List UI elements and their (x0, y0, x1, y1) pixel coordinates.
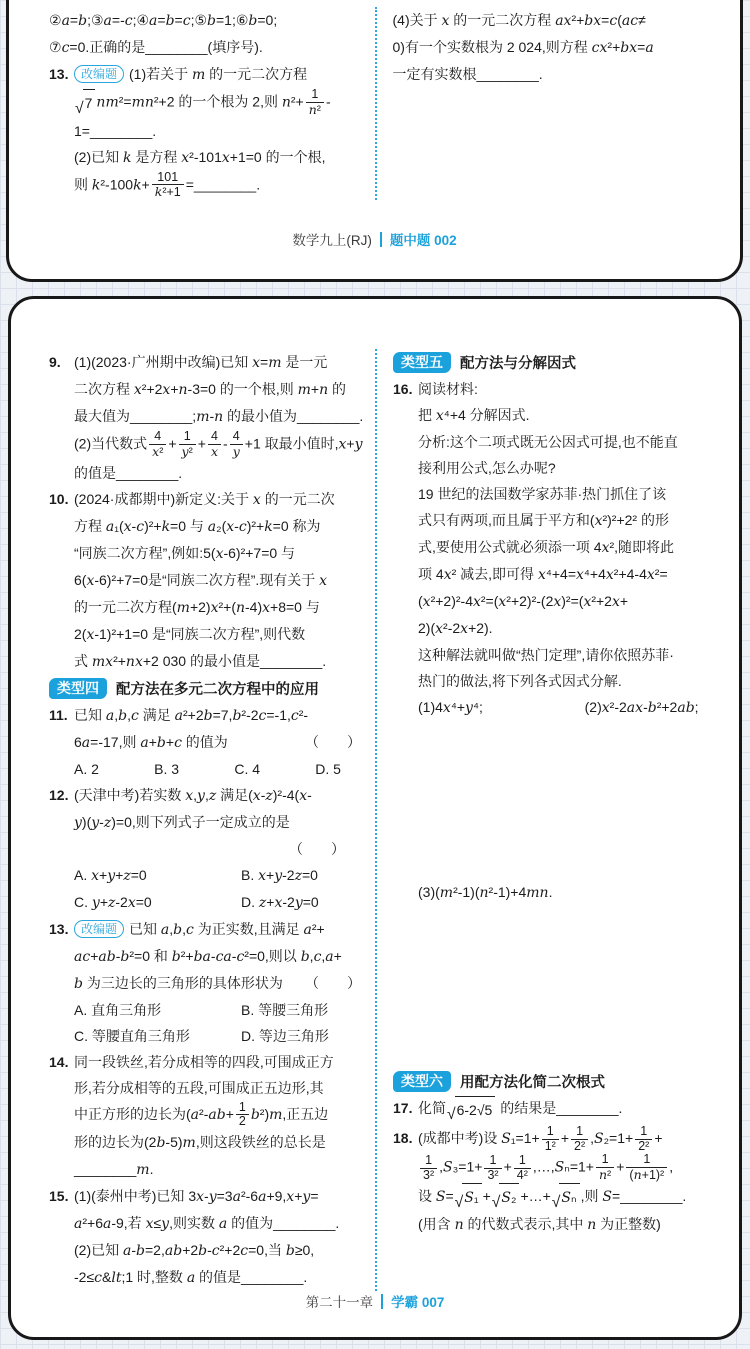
text-line: a²+6a-9,若 x≤y,则实数 a 的值为________. (74, 1210, 367, 1237)
option-label: B. (241, 1002, 254, 1018)
question-number: 15. (49, 1183, 68, 1209)
option-a: A. 直角三角形 (74, 997, 241, 1023)
text-line: (2)已知 k 是方程 x²-101x+1=0 的一个根, (74, 144, 367, 171)
text-line: 阅读材料: (418, 376, 721, 402)
question-text: b 为三边长的三角形的具体形状为 (74, 970, 283, 997)
question-12: 12. (天津中考)若实数 x,y,z 满足(x-z)²-4(x- y)(y-z… (49, 782, 367, 916)
text-line: 项 4x² 减去,即可得 x⁴+4=x⁴+4x²+4-4x²= (418, 561, 721, 588)
revision-badge: 改编题 (74, 920, 124, 938)
type-badge: 类型五 (393, 352, 451, 373)
text-line: (2)当代数式4x²+1y²+4x-4y+1 取最小值时,x+y (74, 430, 367, 460)
answer-bracket-line: （ ） (74, 836, 367, 862)
text-line: (1)(2023·广州期中改编)已知 x=m 是一元 (74, 349, 367, 376)
text-line: ac+ab-b²=0 和 b²+ba-ca-c²=0,则以 b,c,a+ (74, 943, 367, 970)
text-line: 的值是________. (74, 460, 367, 486)
text-line: 0)有一个实数根为 2 024,则方程 cx²+bx=a (393, 34, 721, 61)
text-line: (4)关于 x 的一元二次方程 ax²+bx=c(ac≠ (393, 7, 721, 34)
question-number: 17. (393, 1095, 412, 1121)
page-card-top: ②a=b;③a=-c;④a=b=c;⑤b=1;⑥b=0; ⑦c=0.正确的是__… (6, 0, 743, 282)
text-line: 中正方形的边长为(a²-ab+12b²)m,正五边 (74, 1101, 367, 1130)
text-line: 13²,S₃=1+13²+14²,…,Sₙ=1+1n²+1(n+1)², (418, 1153, 721, 1183)
subquestion-3: (3)(m²-1)(n²-1)+4mn. (418, 879, 721, 906)
option-text: 等边三角形 (259, 1028, 329, 1044)
text-line: -2≤c&lt;1 时,整数 a 的值是________. (74, 1264, 367, 1291)
options-grid: A. x+y+z=0 B. x+y-2z=0 C. y+z-2x=0 D. z+… (74, 862, 367, 916)
question-13-top: 13. 改编题(1)若关于 m 的一元二次方程 √7nm²=mn²+2 的一个根… (49, 61, 367, 200)
type-badge: 类型六 (393, 1071, 451, 1092)
text-line: 6a=-17,则 a+b+c 的值为 （ ） (74, 729, 367, 756)
question-13: 13. 改编题已知 a,b,c 为正实数,且满足 a²+ ac+ab-b²=0 … (49, 916, 367, 1049)
option-text: y+z-2x=0 (92, 894, 152, 910)
question-9: 9. (1)(2023·广州期中改编)已知 x=m 是一元 二次方程 x²+2x… (49, 349, 367, 486)
option-text: x+y+z=0 (91, 867, 147, 883)
option-b: B. 等腰三角形 (241, 997, 367, 1023)
text-line: 6(x-6)²+7=0是“同族二次方程”.现有关于 x (74, 567, 367, 594)
option-label: C. (234, 761, 248, 777)
section-title: 用配方法化简二次根式 (460, 1071, 605, 1092)
text-line: 分析:这个二项式既无公因式可提,也不能直 (418, 429, 721, 455)
work-space (418, 721, 721, 879)
main-right-column: 类型五 配方法与分解因式 16. 阅读材料: 把 x⁴+4 分解因式. 分析:这… (375, 349, 731, 1291)
option-label: A. (74, 1002, 87, 1018)
text-line: b 为三边长的三角形的具体形状为 （ ） (74, 970, 367, 997)
answer-bracket: （ ） (305, 729, 361, 756)
subquestion-2: (2)x²-2ax-b²+2ab; (585, 694, 721, 721)
text-line: (2024·成都期中)新定义:关于 x 的一元二次 (74, 486, 367, 513)
option-text: x+y-2z=0 (258, 867, 318, 883)
text-line: 把 x⁴+4 分解因式. (418, 402, 721, 429)
question-text: 已知 a,b,c 为正实数,且满足 a²+ (129, 921, 325, 937)
text-line: 已知 a,b,c 满足 a²+2b=7,b²-2c=-1,c²- (74, 702, 367, 729)
text-line: 2)(x²-2x+2). (418, 615, 721, 642)
option-text: 5 (333, 761, 341, 777)
top-page-footer: 数学九上(RJ) 题中题 002 (9, 229, 740, 249)
text-line: (天津中考)若实数 x,y,z 满足(x-z)²-4(x- (74, 782, 367, 809)
text-line: (成都中考)设 S₁=1+11²+12²,S₂=1+12²+ (418, 1125, 721, 1154)
text-line: 式 mx²+nx+2 030 的最小值是________. (74, 648, 367, 675)
text-line: 一定有实数根________. (393, 61, 721, 87)
question-number: 16. (393, 376, 412, 402)
work-space (418, 906, 721, 1068)
text-line: 设 S=√S₁+√S₂+…+√Sₙ,则 S=________. (418, 1183, 721, 1211)
question-number: 14. (49, 1049, 68, 1075)
text-line: 形,若分成相等的五段,可围成正五边形,其 (74, 1075, 367, 1101)
answer-bracket: （ ） (305, 970, 361, 997)
text-line: (用含 n 的代数式表示,其中 n 为正整数) (418, 1211, 721, 1238)
option-label: A. (74, 867, 87, 883)
option-a: A. 2 (74, 756, 99, 782)
option-label: C. (74, 894, 88, 910)
top-left-column: ②a=b;③a=-c;④a=b=c;⑤b=1;⑥b=0; ⑦c=0.正确的是__… (19, 7, 375, 200)
option-text: 等腰三角形 (258, 1002, 328, 1018)
options-grid: A. 直角三角形 B. 等腰三角形 C. 等腰直角三角形 D. 等边三角形 (74, 997, 367, 1049)
option-label: D. (241, 894, 255, 910)
subquestion-row: (1)4x⁴+y⁴; (2)x²-2ax-b²+2ab; (418, 694, 721, 721)
option-text: 等腰直角三角形 (92, 1028, 190, 1044)
option-label: D. (241, 1028, 255, 1044)
question-number: 10. (49, 486, 68, 512)
footer-chapter-label: 第二十一章 (306, 1291, 374, 1311)
question-11: 11. 已知 a,b,c 满足 a²+2b=7,b²-2c=-1,c²- 6a=… (49, 702, 367, 782)
option-a: A. x+y+z=0 (74, 862, 241, 889)
footer-page-label: 题中题 002 (390, 229, 457, 249)
question-number: 12. (49, 782, 68, 808)
main-left-column: 9. (1)(2023·广州期中改编)已知 x=m 是一元 二次方程 x²+2x… (19, 349, 375, 1291)
option-b: B. x+y-2z=0 (241, 862, 367, 889)
text-line: (2)已知 a-b=2,ab+2b-c²+2c=0,当 b≥0, (74, 1237, 367, 1264)
text-line: ________m. (74, 1156, 367, 1183)
option-c: C. y+z-2x=0 (74, 889, 241, 916)
text-line: 1=________. (74, 118, 367, 144)
text-line: ⑦c=0.正确的是________(填序号). (49, 34, 367, 61)
text-line: 19 世纪的法国数学家苏菲·热门抓住了该 (418, 481, 721, 507)
question-number: 9. (49, 349, 61, 375)
text-line: 最大值为________;m-n 的最小值为________. (74, 403, 367, 430)
text-line: (x²+2)²-4x²=(x²+2)²-(2x)²=(x²+2x+ (418, 588, 721, 615)
question-text: 6a=-17,则 a+b+c 的值为 (74, 729, 228, 756)
option-text: z+x-2y=0 (259, 894, 319, 910)
text-line: √7nm²=mn²+2 的一个根为 2,则 n²+1n²- (74, 88, 367, 118)
option-label: D. (315, 761, 329, 777)
option-text: 直角三角形 (91, 1002, 161, 1018)
option-d: D. 等边三角形 (241, 1023, 367, 1049)
option-label: C. (74, 1028, 88, 1044)
text-line: 方程 a₁(x-c)²+k=0 与 a₂(x-c)²+k=0 称为 (74, 513, 367, 540)
footer-separator (381, 1294, 383, 1309)
question-number: 18. (393, 1125, 412, 1151)
section-type-5: 类型五 配方法与分解因式 (393, 352, 721, 373)
option-label: A. (74, 761, 87, 777)
option-d: D. z+x-2y=0 (241, 889, 367, 916)
answer-bracket: （ ） (289, 841, 345, 857)
text-line: y)(y-z)=0,则下列式子一定成立的是 (74, 809, 367, 836)
text-line: 二次方程 x²+2x+n-3=0 的一个根,则 m+n 的 (74, 376, 367, 403)
option-b: B. 3 (154, 756, 179, 782)
option-d: D. 5 (315, 756, 341, 782)
question-number: 13. (49, 61, 68, 87)
text-line: 改编题(1)若关于 m 的一元二次方程 (74, 61, 367, 88)
section-title: 配方法与分解因式 (460, 352, 576, 373)
question-16: 16. 阅读材料: 把 x⁴+4 分解因式. 分析:这个二项式既无公因式可提,也… (393, 376, 721, 1068)
question-18: 18. (成都中考)设 S₁=1+11²+12²,S₂=1+12²+ 13²,S… (393, 1125, 721, 1238)
text-line: 同一段铁丝,若分成相等的四段,可围成正方 (74, 1049, 367, 1075)
question-number: 13. (49, 916, 68, 942)
question-number: 11. (49, 702, 68, 728)
page-card-main: 9. (1)(2023·广州期中改编)已知 x=m 是一元 二次方程 x²+2x… (8, 296, 742, 1340)
section-type-6: 类型六 用配方法化简二次根式 (393, 1071, 721, 1092)
revision-badge: 改编题 (74, 65, 124, 83)
text-line: 热门的做法,将下列各式因式分解. (418, 668, 721, 694)
main-page-footer: 第二十一章 学霸 007 (11, 1291, 739, 1311)
subquestion-1: (1)4x⁴+y⁴; (418, 694, 585, 721)
text-line: 则 k²-100k+101k²+1=________. (74, 171, 367, 201)
option-label: B. (241, 867, 254, 883)
footer-separator (380, 232, 382, 247)
option-label: B. (154, 761, 167, 777)
type-badge: 类型四 (49, 678, 107, 699)
option-text: 2 (91, 761, 99, 777)
option-text: 4 (252, 761, 260, 777)
option-c: C. 4 (234, 756, 260, 782)
option-text: 3 (171, 761, 179, 777)
text-line: 式只有两项,而且属于平方和(x²)²+2² 的形 (418, 507, 721, 534)
text-line: 化简√6-2√5 的结果是________. (418, 1095, 721, 1123)
question-10: 10. (2024·成都期中)新定义:关于 x 的一元二次 方程 a₁(x-c)… (49, 486, 367, 699)
question-17: 17. 化简√6-2√5 的结果是________. (393, 1095, 721, 1123)
section-type-4: 类型四 配方法在多元二次方程中的应用 (49, 678, 367, 699)
section-title: 配方法在多元二次方程中的应用 (116, 678, 319, 699)
text-line: 的一元二次方程(m+2)x²+(n-4)x+8=0 与 (74, 594, 367, 621)
footer-page-label: 学霸 007 (391, 1291, 444, 1311)
text-line: 形的边长为(2b-5)m,则这段铁丝的总长是 (74, 1129, 367, 1156)
options-row: A. 2 B. 3 C. 4 D. 5 (74, 756, 367, 782)
text-line: 这种解法就叫做“热门定理”,请你依照苏菲· (418, 642, 721, 668)
text-line: 2(x-1)²+1=0 是“同族二次方程”,则代数 (74, 621, 367, 648)
question-text: (1)若关于 m 的一元二次方程 (129, 66, 307, 82)
question-14: 14. 同一段铁丝,若分成相等的四段,可围成正方 形,若分成相等的五段,可围成正… (49, 1049, 367, 1184)
main-card-columns: 9. (1)(2023·广州期中改编)已知 x=m 是一元 二次方程 x²+2x… (19, 349, 731, 1291)
footer-book-label: 数学九上(RJ) (292, 229, 372, 249)
text-line: (1)(泰州中考)已知 3x-y=3a²-6a+9,x+y= (74, 1183, 367, 1210)
text-line: 改编题已知 a,b,c 为正实数,且满足 a²+ (74, 916, 367, 943)
text-line: 接利用公式,怎么办呢? (418, 455, 721, 481)
top-right-column: (4)关于 x 的一元二次方程 ax²+bx=c(ac≠ 0)有一个实数根为 2… (375, 7, 731, 200)
text-line: 式,要使用公式就必须添一项 4x²,随即将此 (418, 534, 721, 561)
question-15: 15. (1)(泰州中考)已知 3x-y=3a²-6a+9,x+y= a²+6a… (49, 1183, 367, 1291)
option-c: C. 等腰直角三角形 (74, 1023, 241, 1049)
text-line: ②a=b;③a=-c;④a=b=c;⑤b=1;⑥b=0; (49, 7, 367, 34)
top-card-columns: ②a=b;③a=-c;④a=b=c;⑤b=1;⑥b=0; ⑦c=0.正确的是__… (19, 7, 730, 200)
text-line: “同族二次方程”,例如:5(x-6)²+7=0 与 (74, 540, 367, 567)
